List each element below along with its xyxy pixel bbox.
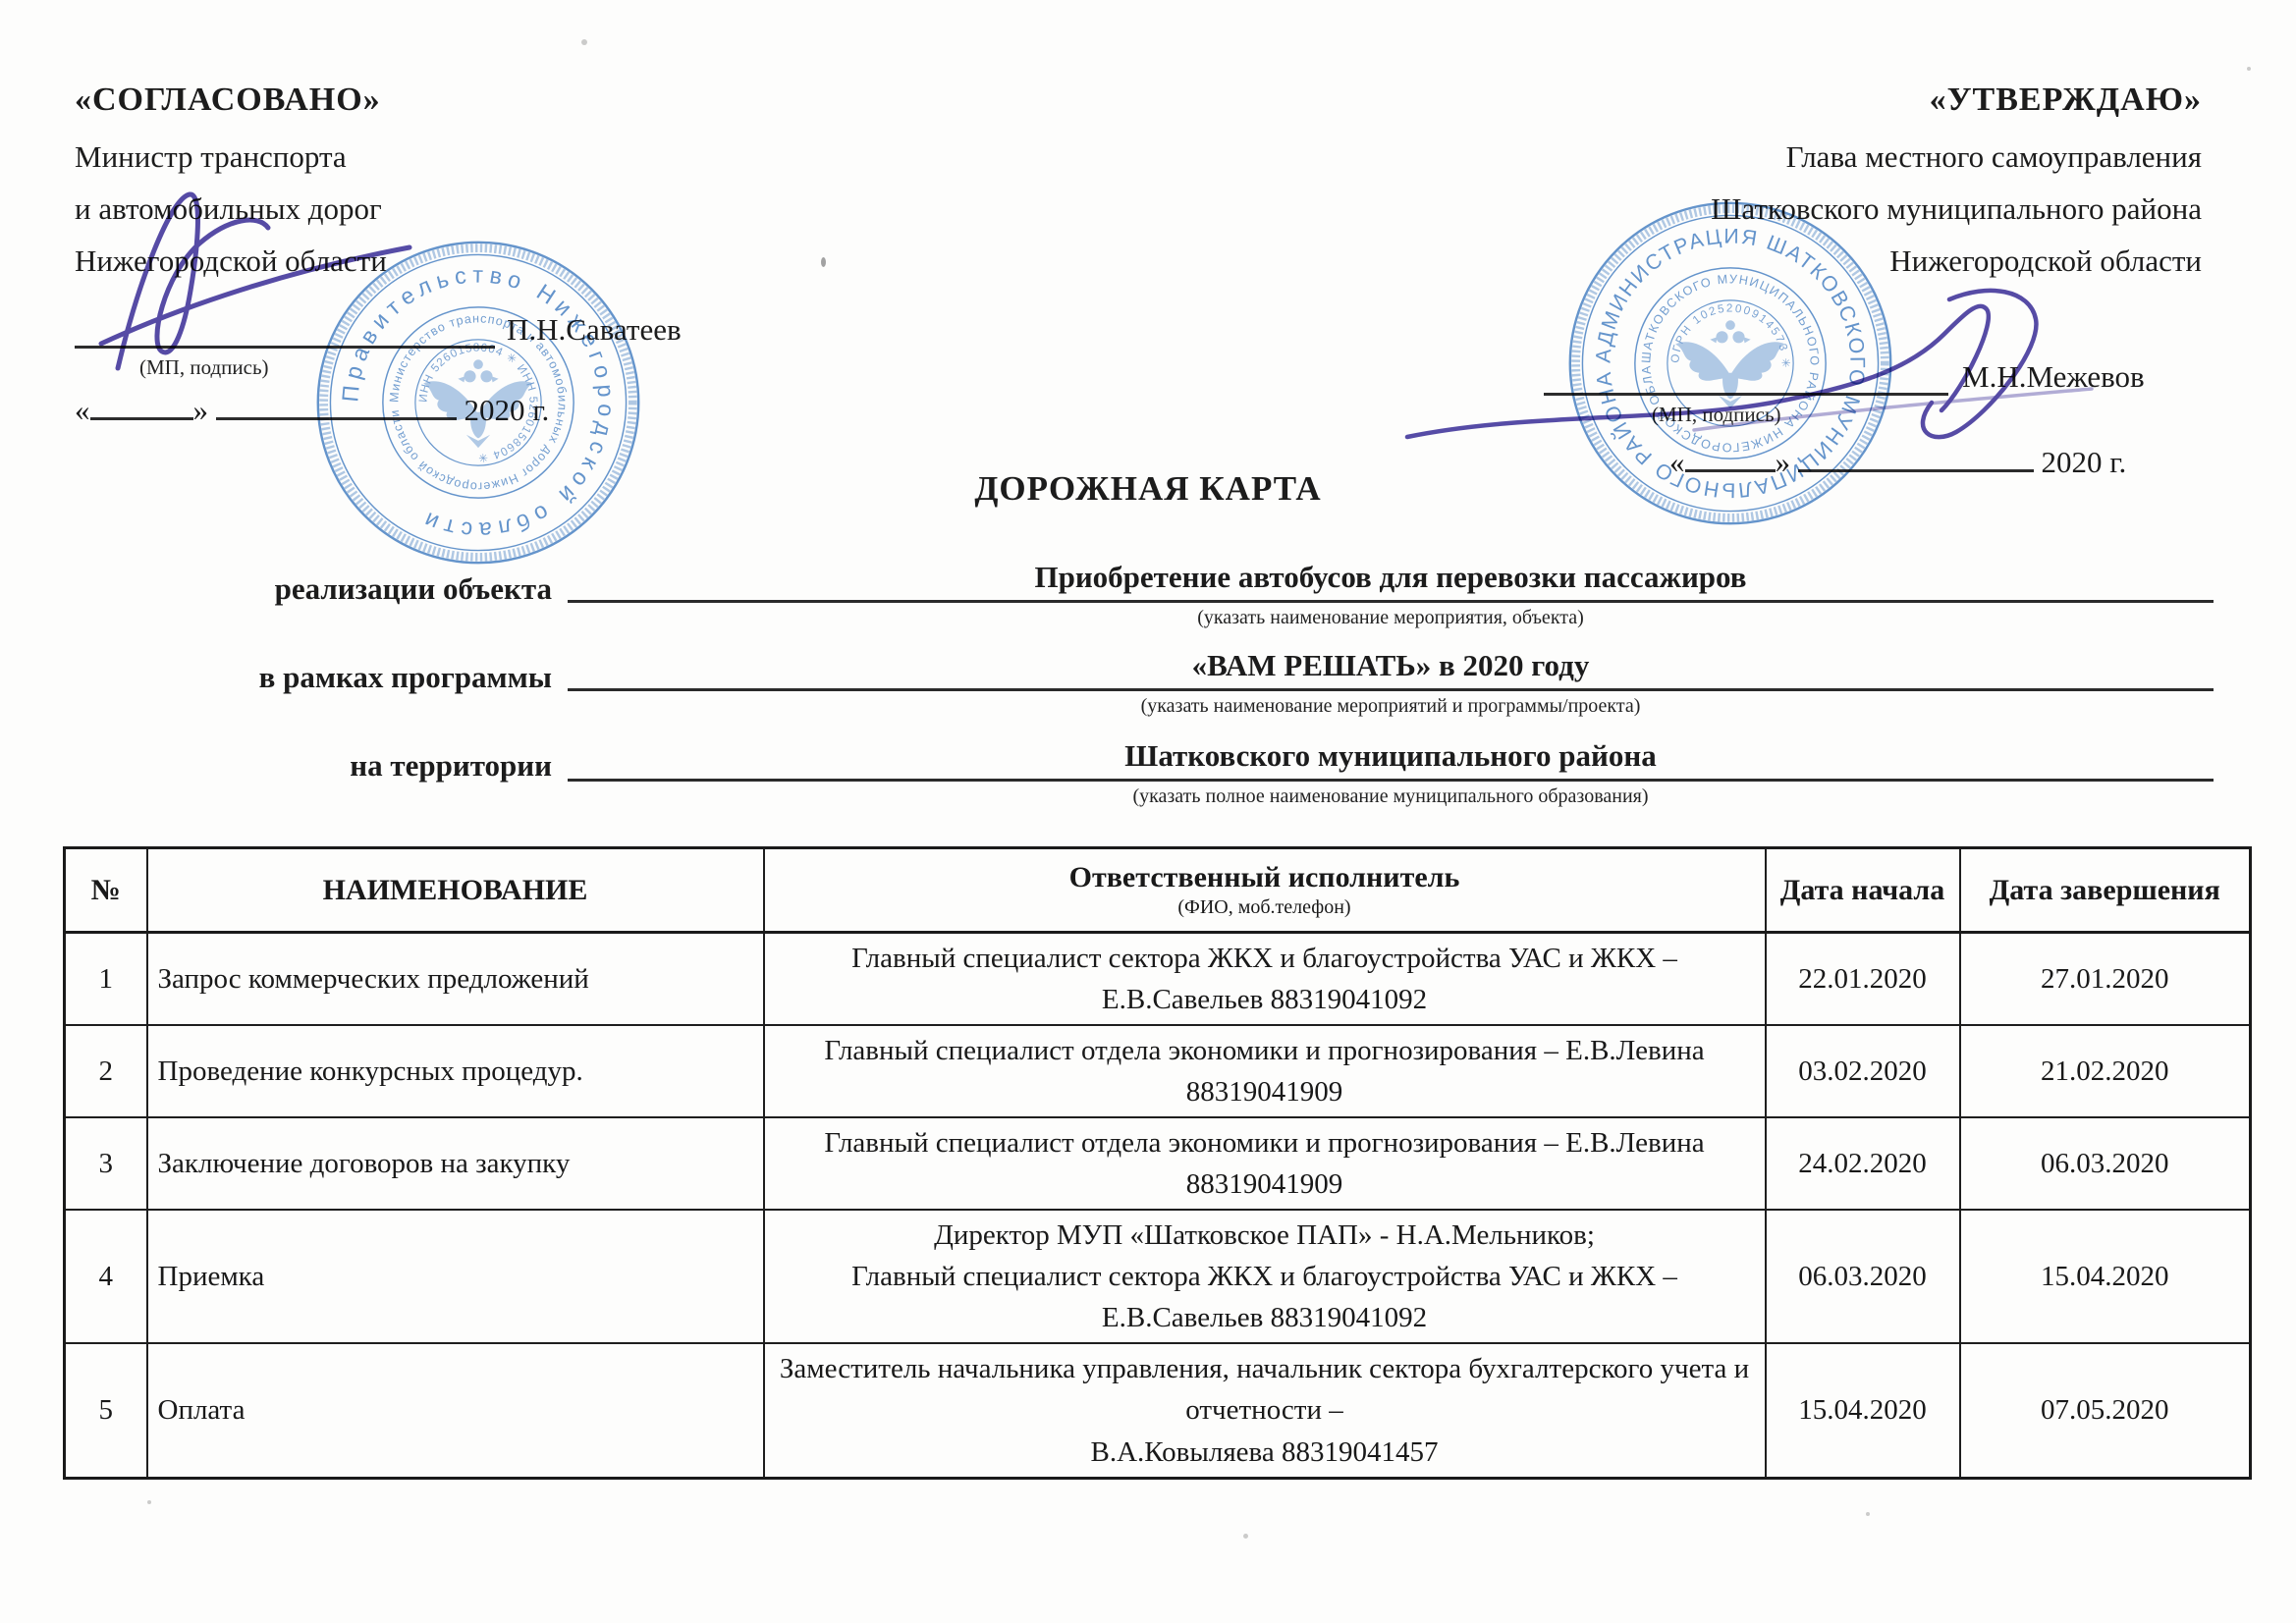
row-num: 4 [65, 1210, 147, 1343]
row-name: Заключение договоров на закупку [147, 1117, 764, 1210]
row-date-start: 24.02.2020 [1766, 1117, 1960, 1210]
table-row: 3 Заключение договоров на закупку Главны… [65, 1117, 2251, 1210]
header-executor: Ответственный исполнитель (ФИО, моб.теле… [764, 848, 1766, 933]
row-executor: Главный специалист отдела экономики и пр… [764, 1117, 1766, 1210]
row-date-end: 27.01.2020 [1960, 933, 2251, 1026]
table-row: 4 Приемка Директор МУП «Шатковское ПАП» … [65, 1210, 2251, 1343]
row-executor: Главный специалист отдела экономики и пр… [764, 1025, 1766, 1117]
scan-speck [581, 39, 587, 45]
table-header-row: № НАИМЕНОВАНИЕ Ответственный исполнитель… [65, 848, 2251, 933]
approval-left-title: «СОГЛАСОВАНО» [75, 79, 387, 122]
field-territory-caption: (указать полное наименование муниципальн… [568, 782, 2214, 808]
row-name: Оплата [147, 1343, 764, 1478]
header-executor-sub: (ФИО, моб.телефон) [775, 896, 1755, 919]
field-territory-value: Шатковского муниципального района [568, 738, 2214, 782]
field-object: Приобретение автобусов для перевозки пас… [568, 560, 2214, 629]
scan-speck [147, 1500, 151, 1504]
executor-line: В.А.Ковыляева 88319041457 [775, 1432, 1755, 1473]
row-executor: Главный специалист сектора ЖКХ и благоус… [764, 933, 1766, 1026]
row-executor: Заместитель начальника управления, начал… [764, 1343, 1766, 1478]
handwritten-signature-left [93, 157, 417, 398]
scan-speck [821, 257, 826, 267]
executor-line: Главный специалист сектора ЖКХ и благоус… [775, 938, 1755, 1020]
row-num: 5 [65, 1343, 147, 1478]
scan-speck [1866, 1512, 1870, 1516]
row-date-end: 07.05.2020 [1960, 1343, 2251, 1478]
row-date-start: 22.01.2020 [1766, 933, 1960, 1026]
field-label-object: реализации объекта [71, 571, 552, 607]
header-date-end: Дата завершения [1960, 848, 2251, 933]
scan-speck [2247, 67, 2251, 71]
table-row: 5 Оплата Заместитель начальника управлен… [65, 1343, 2251, 1478]
executor-line: Главный специалист сектора ЖКХ и благоус… [775, 1256, 1755, 1338]
field-label-program: в рамках программы [71, 660, 552, 695]
header-executor-title: Ответственный исполнитель [1069, 861, 1460, 893]
field-object-caption: (указать наименование мероприятия, объек… [568, 603, 2214, 629]
field-label-territory: на территории [71, 748, 552, 784]
field-program: «ВАМ РЕШАТЬ» в 2020 году (указать наимен… [568, 648, 2214, 718]
open-quote: « [75, 393, 90, 427]
executor-line: Главный специалист отдела экономики и пр… [775, 1122, 1755, 1205]
row-name: Приемка [147, 1210, 764, 1343]
row-date-end: 15.04.2020 [1960, 1210, 2251, 1343]
row-name: Запрос коммерческих предложений [147, 933, 764, 1026]
row-date-end: 21.02.2020 [1960, 1025, 2251, 1117]
roadmap-table: № НАИМЕНОВАНИЕ Ответственный исполнитель… [63, 846, 2252, 1480]
row-num: 1 [65, 933, 147, 1026]
row-num: 3 [65, 1117, 147, 1210]
executor-line: Директор МУП «Шатковское ПАП» - Н.А.Мель… [775, 1215, 1755, 1256]
field-territory: Шатковского муниципального района (указа… [568, 738, 2214, 808]
document-page: «СОГЛАСОВАНО» Министр транспорта и автом… [0, 0, 2296, 1623]
approval-right-org-line: Глава местного самоуправления [1711, 132, 2202, 184]
header-name: НАИМЕНОВАНИЕ [147, 848, 764, 933]
row-date-start: 15.04.2020 [1766, 1343, 1960, 1478]
approval-right-title: «УТВЕРЖДАЮ» [1711, 79, 2202, 122]
header-date-start: Дата начала [1766, 848, 1960, 933]
table-row: 1 Запрос коммерческих предложений Главны… [65, 933, 2251, 1026]
row-name: Проведение конкурсных процедур. [147, 1025, 764, 1117]
handwritten-signature-right [1399, 265, 2165, 486]
executor-line: Заместитель начальника управления, начал… [775, 1348, 1755, 1431]
row-date-end: 06.03.2020 [1960, 1117, 2251, 1210]
close-quote: » [193, 393, 209, 427]
row-num: 2 [65, 1025, 147, 1117]
table-row: 2 Проведение конкурсных процедур. Главны… [65, 1025, 2251, 1117]
field-program-caption: (указать наименование мероприятий и прог… [568, 691, 2214, 718]
executor-line: Главный специалист отдела экономики и пр… [775, 1030, 1755, 1112]
row-date-start: 03.02.2020 [1766, 1025, 1960, 1117]
field-object-value: Приобретение автобусов для перевозки пас… [568, 560, 2214, 603]
row-date-start: 06.03.2020 [1766, 1210, 1960, 1343]
scan-speck [1243, 1534, 1248, 1539]
header-num: № [65, 848, 147, 933]
row-executor: Директор МУП «Шатковское ПАП» - Н.А.Мель… [764, 1210, 1766, 1343]
field-program-value: «ВАМ РЕШАТЬ» в 2020 году [568, 648, 2214, 691]
